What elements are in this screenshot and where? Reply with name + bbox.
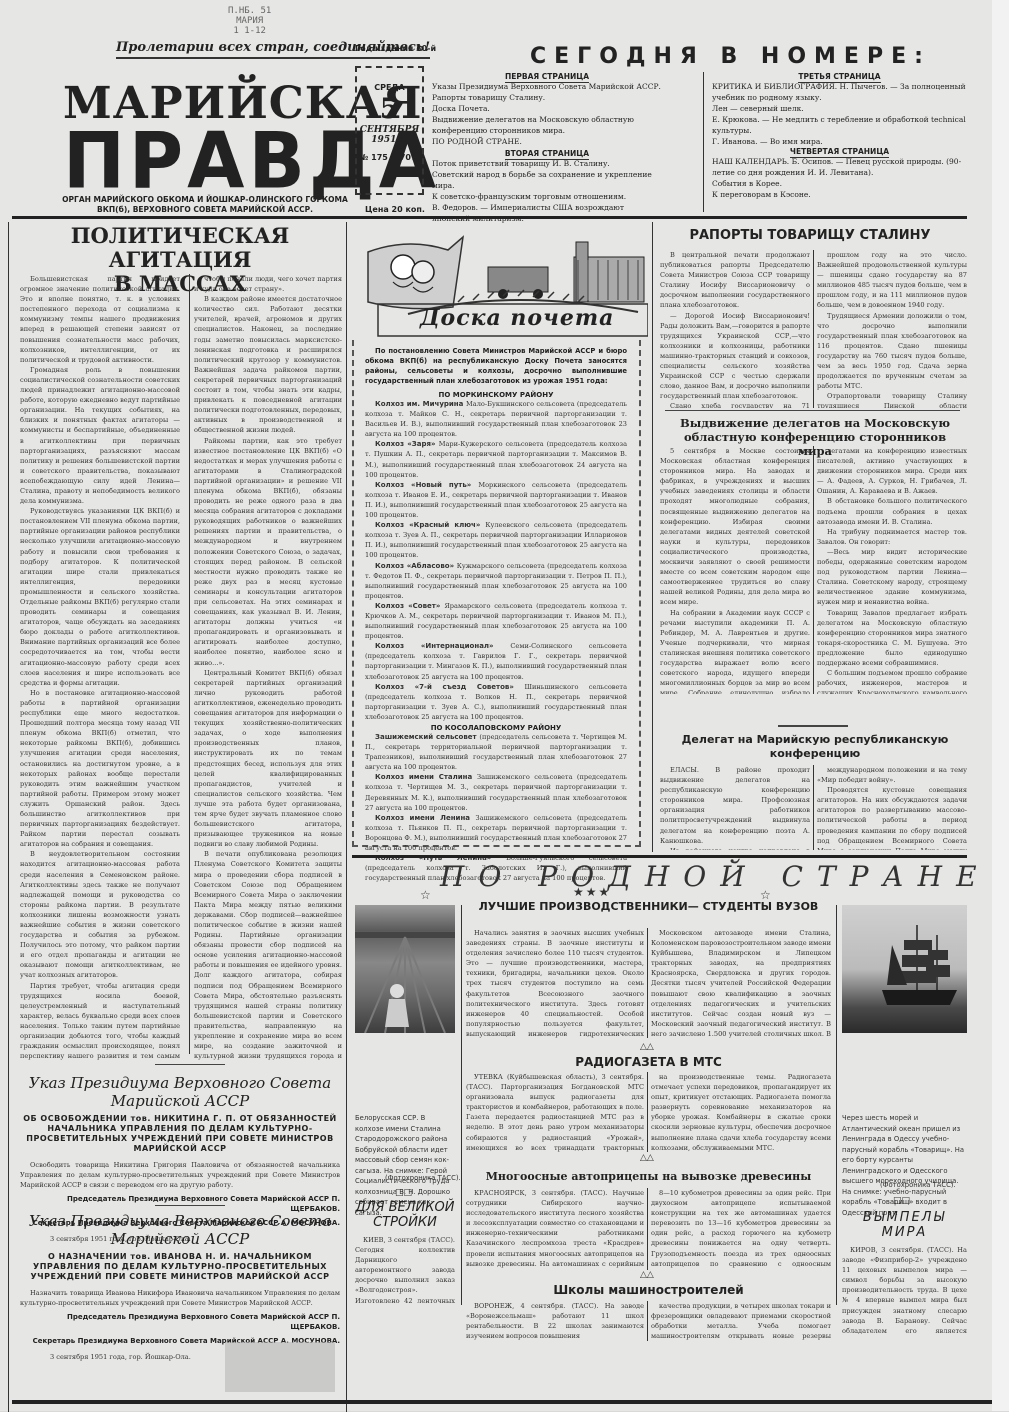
contents-column-left: ПЕРВАЯ СТРАНИЦА Указы Президиума Верховн… (432, 72, 662, 224)
column-divider (813, 250, 814, 408)
contents-title: СЕГОДНЯ В НОМЕРЕ: (530, 44, 931, 69)
paragraph: —Весь мир видит исторические победы, оде… (817, 547, 967, 608)
contents-item[interactable]: Г. Иванова. — Во имя мира. (712, 136, 967, 147)
contents-item[interactable]: ПО РОДНОЙ СТРАНЕ. (432, 136, 662, 147)
delegates-moscow-column-2: легатами на конференцию известных писате… (817, 446, 967, 694)
paragraph: Громадная роль в повышении социалистичес… (20, 365, 180, 506)
students-column-2: Московском автозаводе имени Сталина, Кол… (651, 928, 831, 1038)
honor-board-entry: Колхоз «Новый путь» Моркинского сельсове… (365, 480, 627, 520)
delegate-mari-headline: Делегат на Марийскую республиканскую кон… (670, 733, 960, 761)
contents-item[interactable]: События в Корее. (712, 178, 967, 189)
column-divider (647, 1072, 648, 1152)
paragraph: Партия требует, чтобы агитация среди тру… (20, 981, 180, 1060)
contents-item[interactable]: В. Федоров. — Империалисты США возрождаю… (432, 202, 662, 224)
paragraph: На трибуну поднимается мастер тов. Завал… (817, 527, 967, 547)
trailers-column-2: 8—10 кубометров древесины за один рейс. … (651, 1188, 831, 1270)
photo-left-credit: (Фотохроника ТАСС). (385, 1173, 461, 1184)
entry-name: Колхоз имени Ленина (375, 814, 476, 822)
paragraph: Сдано хлеба государству на 71 миллион 72… (660, 401, 810, 408)
stamp-line: МАРИЯ (228, 16, 271, 26)
price: Цена 20 коп. (365, 205, 425, 214)
delegate-mari-column-1: ЕЛАСЫ. В районе проходит выдвижение деле… (660, 765, 810, 850)
column-divider (647, 1188, 648, 1270)
contents-section-heading: ЧЕТВЕРТАЯ СТРАНИЦА (712, 147, 967, 156)
separator (155, 1064, 225, 1065)
contents-section-heading: ТРЕТЬЯ СТРАНИЦА (712, 72, 967, 81)
paragraph: Товарищ Завалов предлагает избрать делег… (817, 608, 967, 669)
delegates-moscow-column-1: 5 сентября в Москве состоится Московская… (660, 446, 810, 694)
trailers-column-1: КРАСНОЯРСК, 3 сентября. (ТАСС). Научные … (466, 1188, 644, 1270)
students-headline: ЛУЧШИЕ ПРОИЗВОДСТВЕННИКИ— СТУДЕНТЫ ВУЗОВ (466, 900, 831, 913)
honor-board-intro: По постановлению Совета Министров Марийс… (365, 346, 627, 386)
issue-date-box: СРЕДА 5 СЕНТЯБРЯ 1951 г. № 175 (6707) (355, 66, 424, 195)
radio-headline: РАДИОГАЗЕТА В МТС (466, 1055, 831, 1069)
decree-title: Указ Президиума Верховного Совета Марийс… (20, 1074, 340, 1110)
honor-board-entry: Колхоз «7-й съезд Советов» Шиньшинского … (365, 682, 627, 722)
paragraph: Отрапортовали товарищу Сталину трудящиес… (817, 391, 967, 408)
decree-subtitle: О НАЗНАЧЕНИИ тов. ИВАНОВА Н. И. НАЧАЛЬНИ… (20, 1252, 340, 1282)
contents-item[interactable]: Лен — северный шелк. (712, 103, 967, 114)
contents-section-heading: ВТОРАЯ СТРАНИЦА (432, 149, 662, 158)
decree-2: Указ Президиума Верховного Совета Марийс… (20, 1212, 340, 1362)
contents-item[interactable]: Выдвижение делегатов на Московскую облас… (432, 114, 662, 136)
entry-name: Колхоз «Новый путь» (375, 481, 478, 489)
photo-right-credit: (Фотохроника ТАСС). (880, 1180, 956, 1191)
schools-column-1: ВОРОНЕЖ, 4 сентября. (ТАСС). На заводе «… (466, 1301, 644, 1341)
decree-text: Освободить товарища Никитина Григория Па… (20, 1160, 340, 1190)
paragraph: международном положении и на тему «Мир п… (817, 765, 967, 785)
separator (665, 410, 960, 411)
honor-board-entry: Колхоз «Совет» Ярамарского сельсовета (п… (365, 601, 627, 641)
delegate-mari-column-2: международном положении и на тему «Мир п… (817, 765, 967, 850)
entry-name: Колхоз «Красный ключ» (375, 521, 485, 529)
paragraph: чтобы поняли люди, чего хочет партия и к… (194, 274, 342, 294)
schools-headline: Школы машиностроителей (466, 1283, 831, 1297)
paragraph: легатами на конференцию известных писате… (817, 446, 967, 496)
contents-column-right: ТРЕТЬЯ СТРАНИЦА КРИТИКА И БИБЛИОГРАФИЯ. … (712, 72, 967, 200)
stamp-line: П.НБ. 51 (228, 6, 271, 16)
pennants-text: КИРОВ, 3 сентября. (ТАСС). На заводе «Фи… (842, 1245, 967, 1335)
separator (155, 1205, 225, 1206)
decree-title: Указ Президиума Верховного Совета Марийс… (20, 1212, 340, 1248)
paragraph: На собрании в Академии наук СССР с речам… (660, 608, 810, 695)
column-divider (813, 446, 814, 694)
honor-board-entry: Колхоз «Интернационал» Семи-Солинского с… (365, 641, 627, 681)
farmer-photo-icon (355, 905, 455, 1033)
entry-name: Колхоз им. Мичурина (375, 400, 466, 408)
pennants-headline: ВЫМПЕЛЫ МИРА (842, 1210, 967, 1240)
column-divider (647, 1301, 648, 1341)
paragraph: В обстановке большого политического подъ… (817, 496, 967, 526)
newspaper-page: П.НБ. 51 МАРИЯ 1 1-12 Пролетарии всех ст… (0, 0, 992, 1411)
paragraph: С большим подъемом прошло собрание рабоч… (817, 668, 967, 694)
contents-item[interactable]: К советско-французским торговым отношени… (432, 191, 662, 202)
decree-chairman: Председатель Президиума Верховного Совет… (20, 1312, 340, 1332)
editorial-column-1: Большевистская партия придает огромное з… (20, 274, 180, 1060)
stars-icon: ★★★ (573, 885, 611, 899)
reports-column-2: прошлом году на это число. Важнейшей про… (817, 250, 967, 408)
entry-name: Колхоз «7-й съезд Советов» (375, 683, 524, 691)
decree-subtitle: ОБ ОСВОБОЖДЕНИИ тов. НИКИТИНА Г. П. ОТ О… (20, 1114, 340, 1154)
paragraph: Большевистская партия придает огромное з… (20, 274, 180, 365)
column-divider (813, 765, 814, 850)
honor-board-entry: Колхоз «Красный ключ» Кулеевского сельсо… (365, 520, 627, 560)
year-of-publication: Год издания 30-й (355, 44, 436, 53)
photo-sailing-ship (842, 905, 967, 1033)
editorial-column-2: чтобы поняли люди, чего хочет партия и к… (194, 274, 342, 1060)
contents-item[interactable]: К переговорам в Кэсоне. (712, 189, 967, 200)
radio-column-1: УТЕВКА (Куйбышевская область), 3 сентябр… (466, 1072, 644, 1152)
divider-triangles-icon: △△ (640, 1153, 654, 1163)
column-divider (189, 274, 190, 1054)
star-icon: ☆ (420, 888, 431, 902)
honor-board-content: По постановлению Совета Министров Марийс… (365, 346, 627, 883)
bottom-rule (12, 1400, 992, 1404)
paragraph: Из районного центра направлено в колхозы… (660, 846, 810, 850)
contents-item[interactable]: Советский народ в борьбе за сохранение и… (432, 169, 662, 191)
entry-name: Колхоз «Интернационал» (375, 642, 510, 650)
column-divider (836, 905, 837, 1305)
column-divider (461, 905, 462, 1305)
entry-name: Колхоз «Совет» (375, 602, 444, 610)
entry-name: Зашижемский сельсовет (375, 733, 479, 741)
contents-item[interactable]: Е. Крюкова. — Не медлить с теребление и … (712, 114, 967, 136)
paragraph: — Дорогой Иосиф Виссарионович! Рады доло… (660, 311, 810, 402)
district-entries: Колхоз им. Мичурина Мало-Букшинского сел… (365, 399, 627, 722)
paragraph: Руководствуясь указаниями ЦК ВКП(б) и по… (20, 506, 180, 688)
paragraph: Проводятся кустовые совещания агитаторов… (817, 785, 967, 850)
column-divider (647, 928, 648, 1038)
trailers-headline: Многоосные автоприцепы на вывозке древес… (466, 1170, 831, 1183)
radio-column-2: на производственные темы. Радиогазета от… (651, 1072, 831, 1152)
contents-item[interactable]: Рапорты товарищу Сталину. (432, 92, 662, 103)
reports-column-1: В центральной печати продолжают публиков… (660, 250, 810, 408)
issue-number: № 175 (6707) (357, 153, 422, 162)
separator (778, 725, 848, 727)
paragraph: Райкомы партии, как это требует известно… (194, 436, 342, 668)
entry-name: Колхоз имени Сталина (375, 773, 477, 781)
column-divider (652, 222, 653, 852)
honor-board-title: Доска почета (420, 305, 614, 331)
paragraph: 5 сентября в Москве состоится Московская… (660, 446, 810, 608)
ink-stain (225, 1342, 335, 1392)
native-country-banner: ПО РОДНОЙ СТРАНЕ (440, 860, 991, 893)
reports-headline: РАПОРТЫ ТОВАРИЩУ СТАЛИНУ (655, 228, 965, 243)
paragraph: прошлом году на это число. Важнейшей про… (817, 250, 967, 311)
great-construction-text: КИЕВ, 3 сентября (ТАСС). Сегодня коллект… (355, 1235, 455, 1305)
contents-divider (703, 72, 704, 212)
contents-section-heading: ПЕРВАЯ СТРАНИЦА (432, 72, 662, 81)
district-heading: ПО МОРКИНСКОМУ РАЙОНУ (365, 391, 627, 399)
stamp-line: 1 1-12 (228, 26, 271, 36)
honor-board-entry: Зашижемский сельсовет (председатель сель… (365, 732, 627, 772)
contents-item[interactable]: Поток приветствий товарищу И. В. Сталину… (432, 158, 662, 169)
paragraph: В каждом районе имеется достаточное коли… (194, 294, 342, 435)
students-column-1: Начались занятия в заочных высших учебны… (466, 928, 644, 1038)
paragraph: В неудовлетворительном состоянии находит… (20, 849, 180, 980)
left-border (8, 222, 9, 1411)
paragraph: В печати опубликована резолюция Пленума … (194, 849, 342, 1060)
honor-board-entry: Колхоз им. Мичурина Мало-Букшинского сел… (365, 399, 627, 439)
honor-board-entry: Колхоз имени Ленина Зашижемского сельсов… (365, 813, 627, 853)
divider-squares-icon: □□ (395, 1188, 412, 1198)
masthead-rule (12, 216, 967, 219)
paragraph: Но в постановке агитационно-массовой раб… (20, 688, 180, 850)
entry-name: Колхоз «Заря» (375, 440, 439, 448)
contents-item[interactable]: Указы Президиума Верховного Совета Марий… (432, 81, 662, 92)
district-heading: ПО КОСОЛАПОВСКОМУ РАЙОНУ (365, 724, 627, 732)
column-divider (346, 222, 347, 1411)
photo-kok-sagyz-harvest (355, 905, 455, 1033)
contents-item[interactable]: КРИТИКА И БИБЛИОГРАФИЯ. Н. Пычегов. — За… (712, 81, 967, 103)
year: 1951 г. (357, 135, 422, 145)
paragraph: ЕЛАСЫ. В районе проходит выдвижение деле… (660, 765, 810, 846)
contents-item[interactable]: НАШ КАЛЕНДАРЬ. Б. Осипов. — Певец русско… (712, 156, 967, 178)
divider-squares-icon: □□ (893, 1196, 910, 1206)
day: 5 (357, 92, 422, 125)
paragraph: Трудящиеся Армении доложили о том, что д… (817, 311, 967, 392)
newspaper-organ: ОРГАН МАРИЙСКОГО ОБКОМА И ЙОШКАР-ОЛИНСКО… (60, 195, 350, 215)
divider-triangles-icon: △△ (640, 1270, 654, 1280)
scan-edge (992, 0, 1009, 1411)
great-construction-headline: ДЛЯ ВЕЛИКОЙ СТРОЙКИ (355, 1200, 455, 1230)
decree-text: Назначить товарища Иванова Никифора Иван… (20, 1288, 340, 1308)
section-rule (352, 855, 967, 858)
headline-line: ПОЛИТИЧЕСКАЯ АГИТАЦИЯ (20, 224, 340, 272)
library-stamp: П.НБ. 51 МАРИЯ 1 1-12 (228, 6, 271, 36)
schools-column-2: качества продукции, в четырех школах ток… (651, 1301, 831, 1341)
honor-board-entry: Колхоз «Абласово» Кужмарского сельсовета… (365, 561, 627, 601)
paragraph: В центральной печати продолжают публиков… (660, 250, 810, 311)
contents-item[interactable]: Доска Почета. (432, 103, 662, 114)
divider-triangles-icon: △△ (640, 1042, 654, 1052)
honor-board-entry: Колхоз имени Сталина Зашижемского сельсо… (365, 772, 627, 812)
month: СЕНТЯБРЯ (357, 125, 422, 135)
paragraph: Центральный Комитет ВКП(б) обязал секрет… (194, 668, 342, 850)
entry-name: Колхоз «Абласово» (375, 562, 457, 570)
weekday: СРЕДА (357, 83, 422, 92)
honor-board-entry: Колхоз «Заря» Мари-Кужерского сельсовета… (365, 439, 627, 479)
sailing-ship-icon (842, 905, 967, 1033)
